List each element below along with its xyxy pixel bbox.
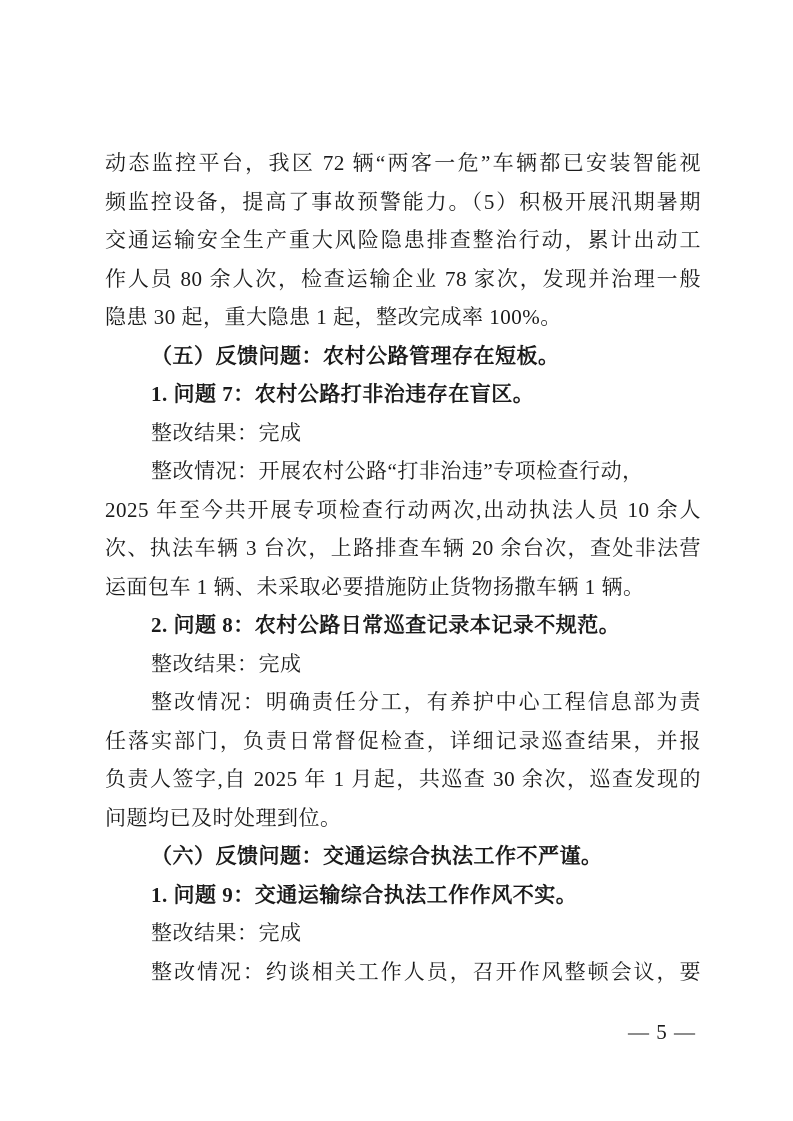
text-line: 2025 年至今共开展专项检查行动两次,出动执法人员 10 余人 — [105, 491, 701, 530]
text-line: （五）反馈问题：农村公路管理存在短板。 — [105, 337, 701, 376]
text-line: 运面包车 1 辆、未采取必要措施防止货物扬撒车辆 1 辆。 — [105, 568, 701, 607]
text-line: 1. 问题 9：交通运输综合执法工作作风不实。 — [105, 876, 701, 915]
text-line: 交通运输安全生产重大风险隐患排查整治行动，累计出动工 — [105, 221, 701, 260]
text-line: 任落实部门，负责日常督促检查，详细记录巡查结果，并报 — [105, 722, 701, 761]
text-line: （六）反馈问题：交通运综合执法工作不严谨。 — [105, 837, 701, 876]
text-line: 问题均已及时处理到位。 — [105, 799, 701, 838]
text-line: 隐患 30 起，重大隐患 1 起，整改完成率 100%。 — [105, 298, 701, 337]
text-line: 2. 问题 8：农村公路日常巡查记录本记录不规范。 — [105, 606, 701, 645]
text-line: 整改结果：完成 — [105, 414, 701, 453]
text-line: 频监控设备，提高了事故预警能力。（5）积极开展汛期暑期 — [105, 183, 701, 222]
text-line: 1. 问题 7：农村公路打非治违存在盲区。 — [105, 375, 701, 414]
text-line: 整改结果：完成 — [105, 914, 701, 953]
text-line: 作人员 80 余人次，检查运输企业 78 家次，发现并治理一般 — [105, 260, 701, 299]
text-line: 动态监控平台，我区 72 辆“两客一危”车辆都已安装智能视 — [105, 144, 701, 183]
text-line: 次、执法车辆 3 台次，上路排查车辆 20 余台次，查处非法营 — [105, 529, 701, 568]
text-line: 整改情况：开展农村公路“打非治违”专项检查行动， — [105, 452, 701, 491]
text-line: 整改情况：约谈相关工作人员，召开作风整顿会议，要 — [105, 953, 701, 992]
text-line: 整改情况：明确责任分工，有养护中心工程信息部为责 — [105, 683, 701, 722]
document-body: 动态监控平台，我区 72 辆“两客一危”车辆都已安装智能视频监控设备，提高了事故… — [105, 144, 701, 991]
document-page: 动态监控平台，我区 72 辆“两客一危”车辆都已安装智能视频监控设备，提高了事故… — [0, 0, 793, 1121]
text-line: 整改结果：完成 — [105, 645, 701, 684]
text-line: 负责人签字,自 2025 年 1 月起，共巡查 30 余次，巡查发现的 — [105, 760, 701, 799]
page-number: — 5 — — [612, 1014, 712, 1050]
